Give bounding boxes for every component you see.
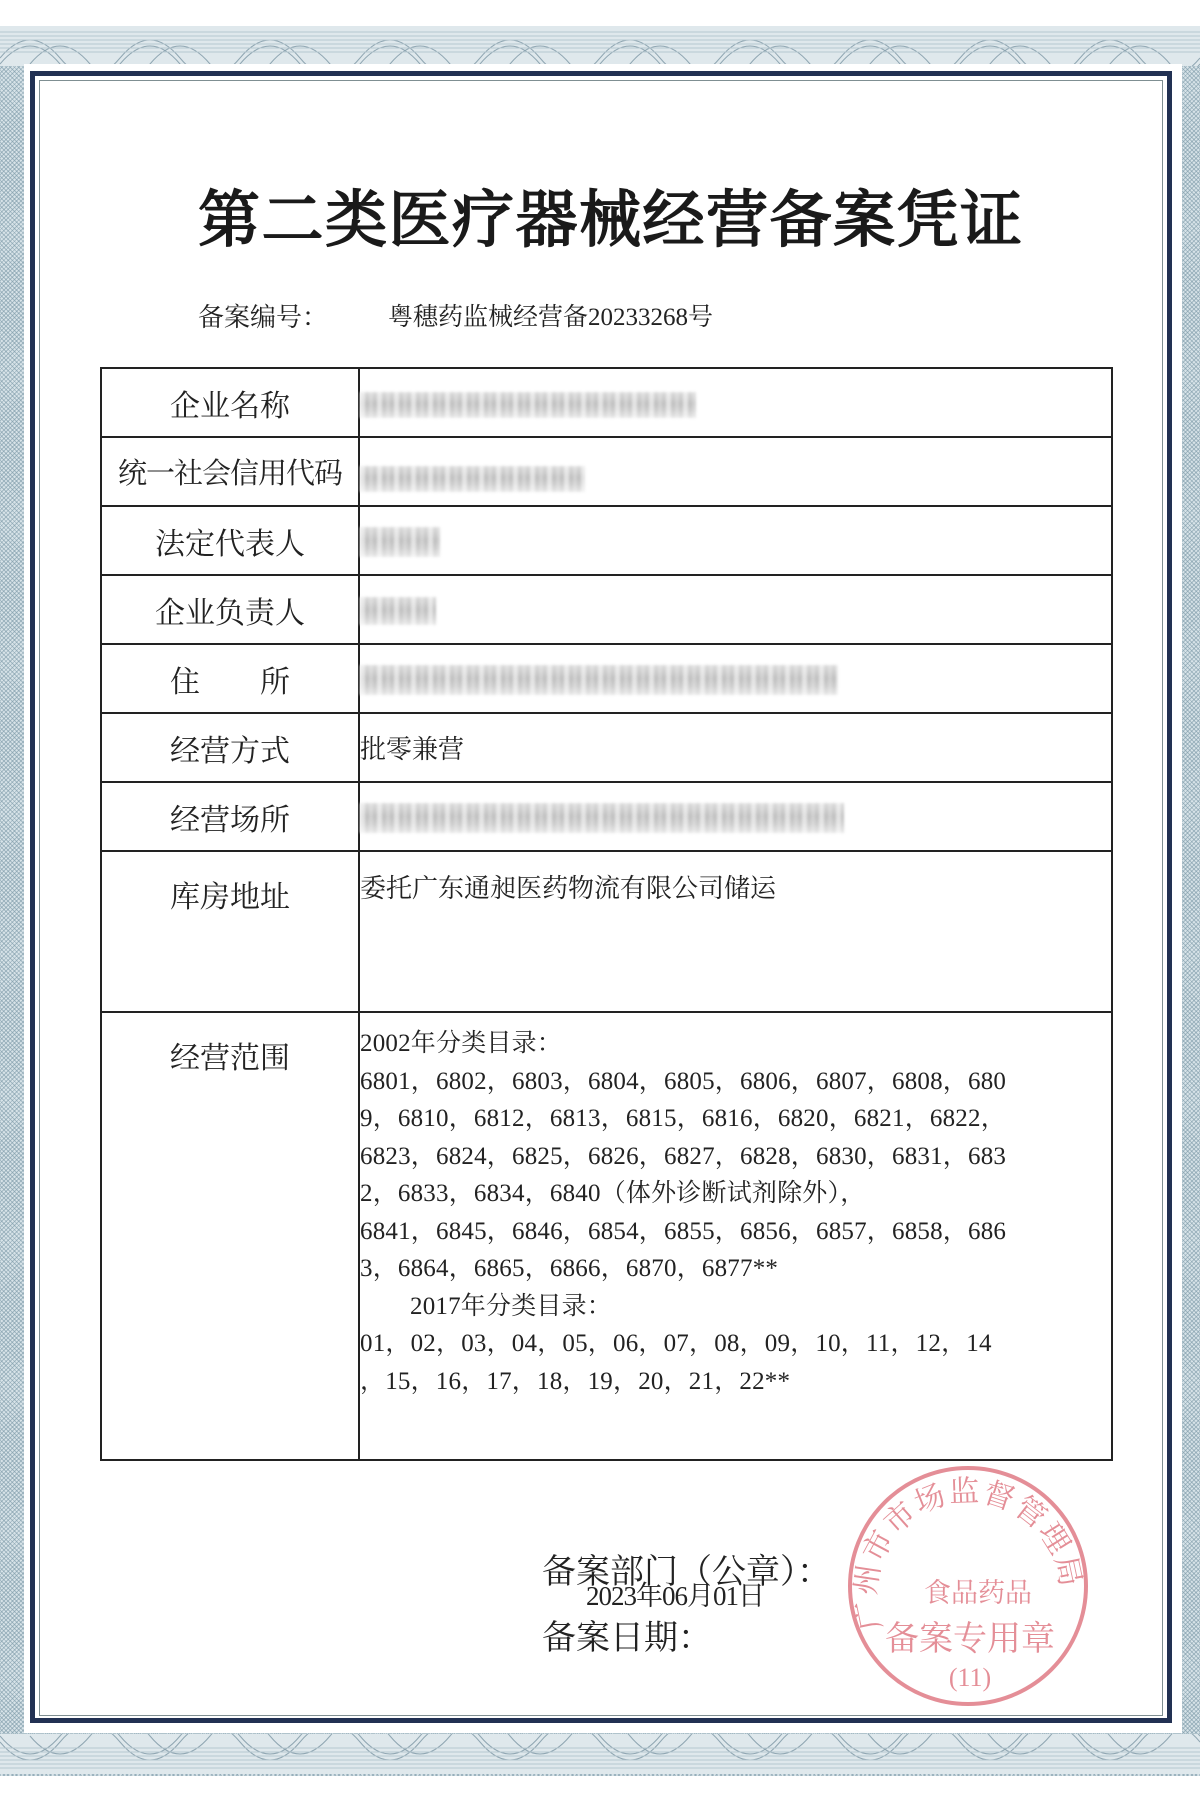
- label-warehouse-address: 库房地址: [101, 851, 359, 1012]
- document-title: 第二类医疗器械经营备案凭证: [198, 184, 1032, 258]
- table-row-warehouse-address: 库房地址 委托广东通昶医药物流有限公司储运: [101, 851, 1112, 1012]
- label-domicile: 住 所: [101, 644, 359, 713]
- value-person-in-charge: [359, 575, 1112, 644]
- table-row-company-name: 企业名称: [101, 368, 1112, 437]
- table-row-domicile: 住 所: [101, 644, 1112, 713]
- label-business-mode: 经营方式: [101, 713, 359, 782]
- redacted-domicile: [360, 665, 838, 695]
- scope-heading-2017: 2017年分类目录：: [360, 1288, 1111, 1326]
- table-row-credit-code: 统一社会信用代码: [101, 437, 1112, 506]
- wave-border-bottom: [0, 1734, 1200, 1774]
- registration-number-value: 粤穗药监械经营备20233268号: [388, 298, 713, 338]
- official-seal-stamp: 广州市市场监督管理局 食品药品 备案专用章 (11): [846, 1464, 1090, 1708]
- scope-line: 6841，6845，6846，6854，6855，6856，6857，6858，…: [360, 1213, 1111, 1251]
- scope-line: 6801，6802，6803，6804，6805，6806，6807，6808，…: [360, 1063, 1111, 1101]
- value-warehouse-address: 委托广东通昶医药物流有限公司储运: [359, 851, 1112, 1012]
- value-company-name: [359, 368, 1112, 437]
- value-domicile: [359, 644, 1112, 713]
- value-business-premises: [359, 782, 1112, 851]
- scope-line: 3，6864，6865，6866，6870，6877**: [360, 1250, 1111, 1288]
- scope-line: 9，6810，6812，6813，6815，6816，6820，6821，682…: [360, 1100, 1111, 1138]
- label-business-premises: 经营场所: [101, 782, 359, 851]
- value-business-scope: 2002年分类目录： 6801，6802，6803，6804，6805，6806…: [359, 1012, 1112, 1460]
- filing-date-value: 2023年06月01日: [586, 1574, 764, 1613]
- filing-date-label: 备案日期：: [542, 1610, 712, 1659]
- certificate-table: 企业名称 统一社会信用代码 法定代表人 企业负责人 住 所 经营方式 批零兼营 …: [100, 367, 1113, 1461]
- table-row-business-mode: 经营方式 批零兼营: [101, 713, 1112, 782]
- table-row-business-scope: 经营范围 2002年分类目录： 6801，6802，6803，6804，6805…: [101, 1012, 1112, 1460]
- seal-line-1: 食品药品: [924, 1578, 1032, 1608]
- label-legal-representative: 法定代表人: [101, 506, 359, 575]
- value-credit-code: [359, 437, 1112, 506]
- label-company-name: 企业名称: [101, 368, 359, 437]
- seal-arc-text: 广州市市场监督管理局: [849, 1475, 1087, 1633]
- redacted-person-in-charge: [360, 597, 436, 625]
- scope-line: 6823，6824，6825，6826，6827，6828，6830，6831，…: [360, 1138, 1111, 1176]
- redacted-business-premises: [360, 803, 844, 833]
- table-row-legal-representative: 法定代表人: [101, 506, 1112, 575]
- value-business-mode: 批零兼营: [359, 713, 1112, 782]
- redacted-company-name: [360, 392, 696, 418]
- scope-line: 01，02，03，04，05，06，07，08，09，10，11，12，14: [360, 1325, 1111, 1363]
- seal-line-3: (11): [949, 1663, 991, 1692]
- wave-border-top: [0, 26, 1200, 66]
- redacted-legal-representative: [360, 527, 440, 557]
- scope-heading-2002: 2002年分类目录：: [360, 1025, 1111, 1063]
- label-business-scope: 经营范围: [101, 1012, 359, 1460]
- table-row-business-premises: 经营场所: [101, 782, 1112, 851]
- redacted-credit-code: [360, 466, 585, 492]
- svg-text:广州市市场监督管理局: 广州市市场监督管理局: [849, 1475, 1087, 1633]
- value-legal-representative: [359, 506, 1112, 575]
- scope-line: ，15，16，17，18，19，20，21，22**: [360, 1363, 1111, 1401]
- table-row-person-in-charge: 企业负责人: [101, 575, 1112, 644]
- label-person-in-charge: 企业负责人: [101, 575, 359, 644]
- label-credit-code: 统一社会信用代码: [101, 437, 359, 506]
- registration-number-label: 备案编号：: [198, 298, 328, 338]
- scope-line: 2，6833，6834，6840（体外诊断试剂除外），: [360, 1175, 1111, 1213]
- seal-line-2: 备案专用章: [885, 1620, 1055, 1658]
